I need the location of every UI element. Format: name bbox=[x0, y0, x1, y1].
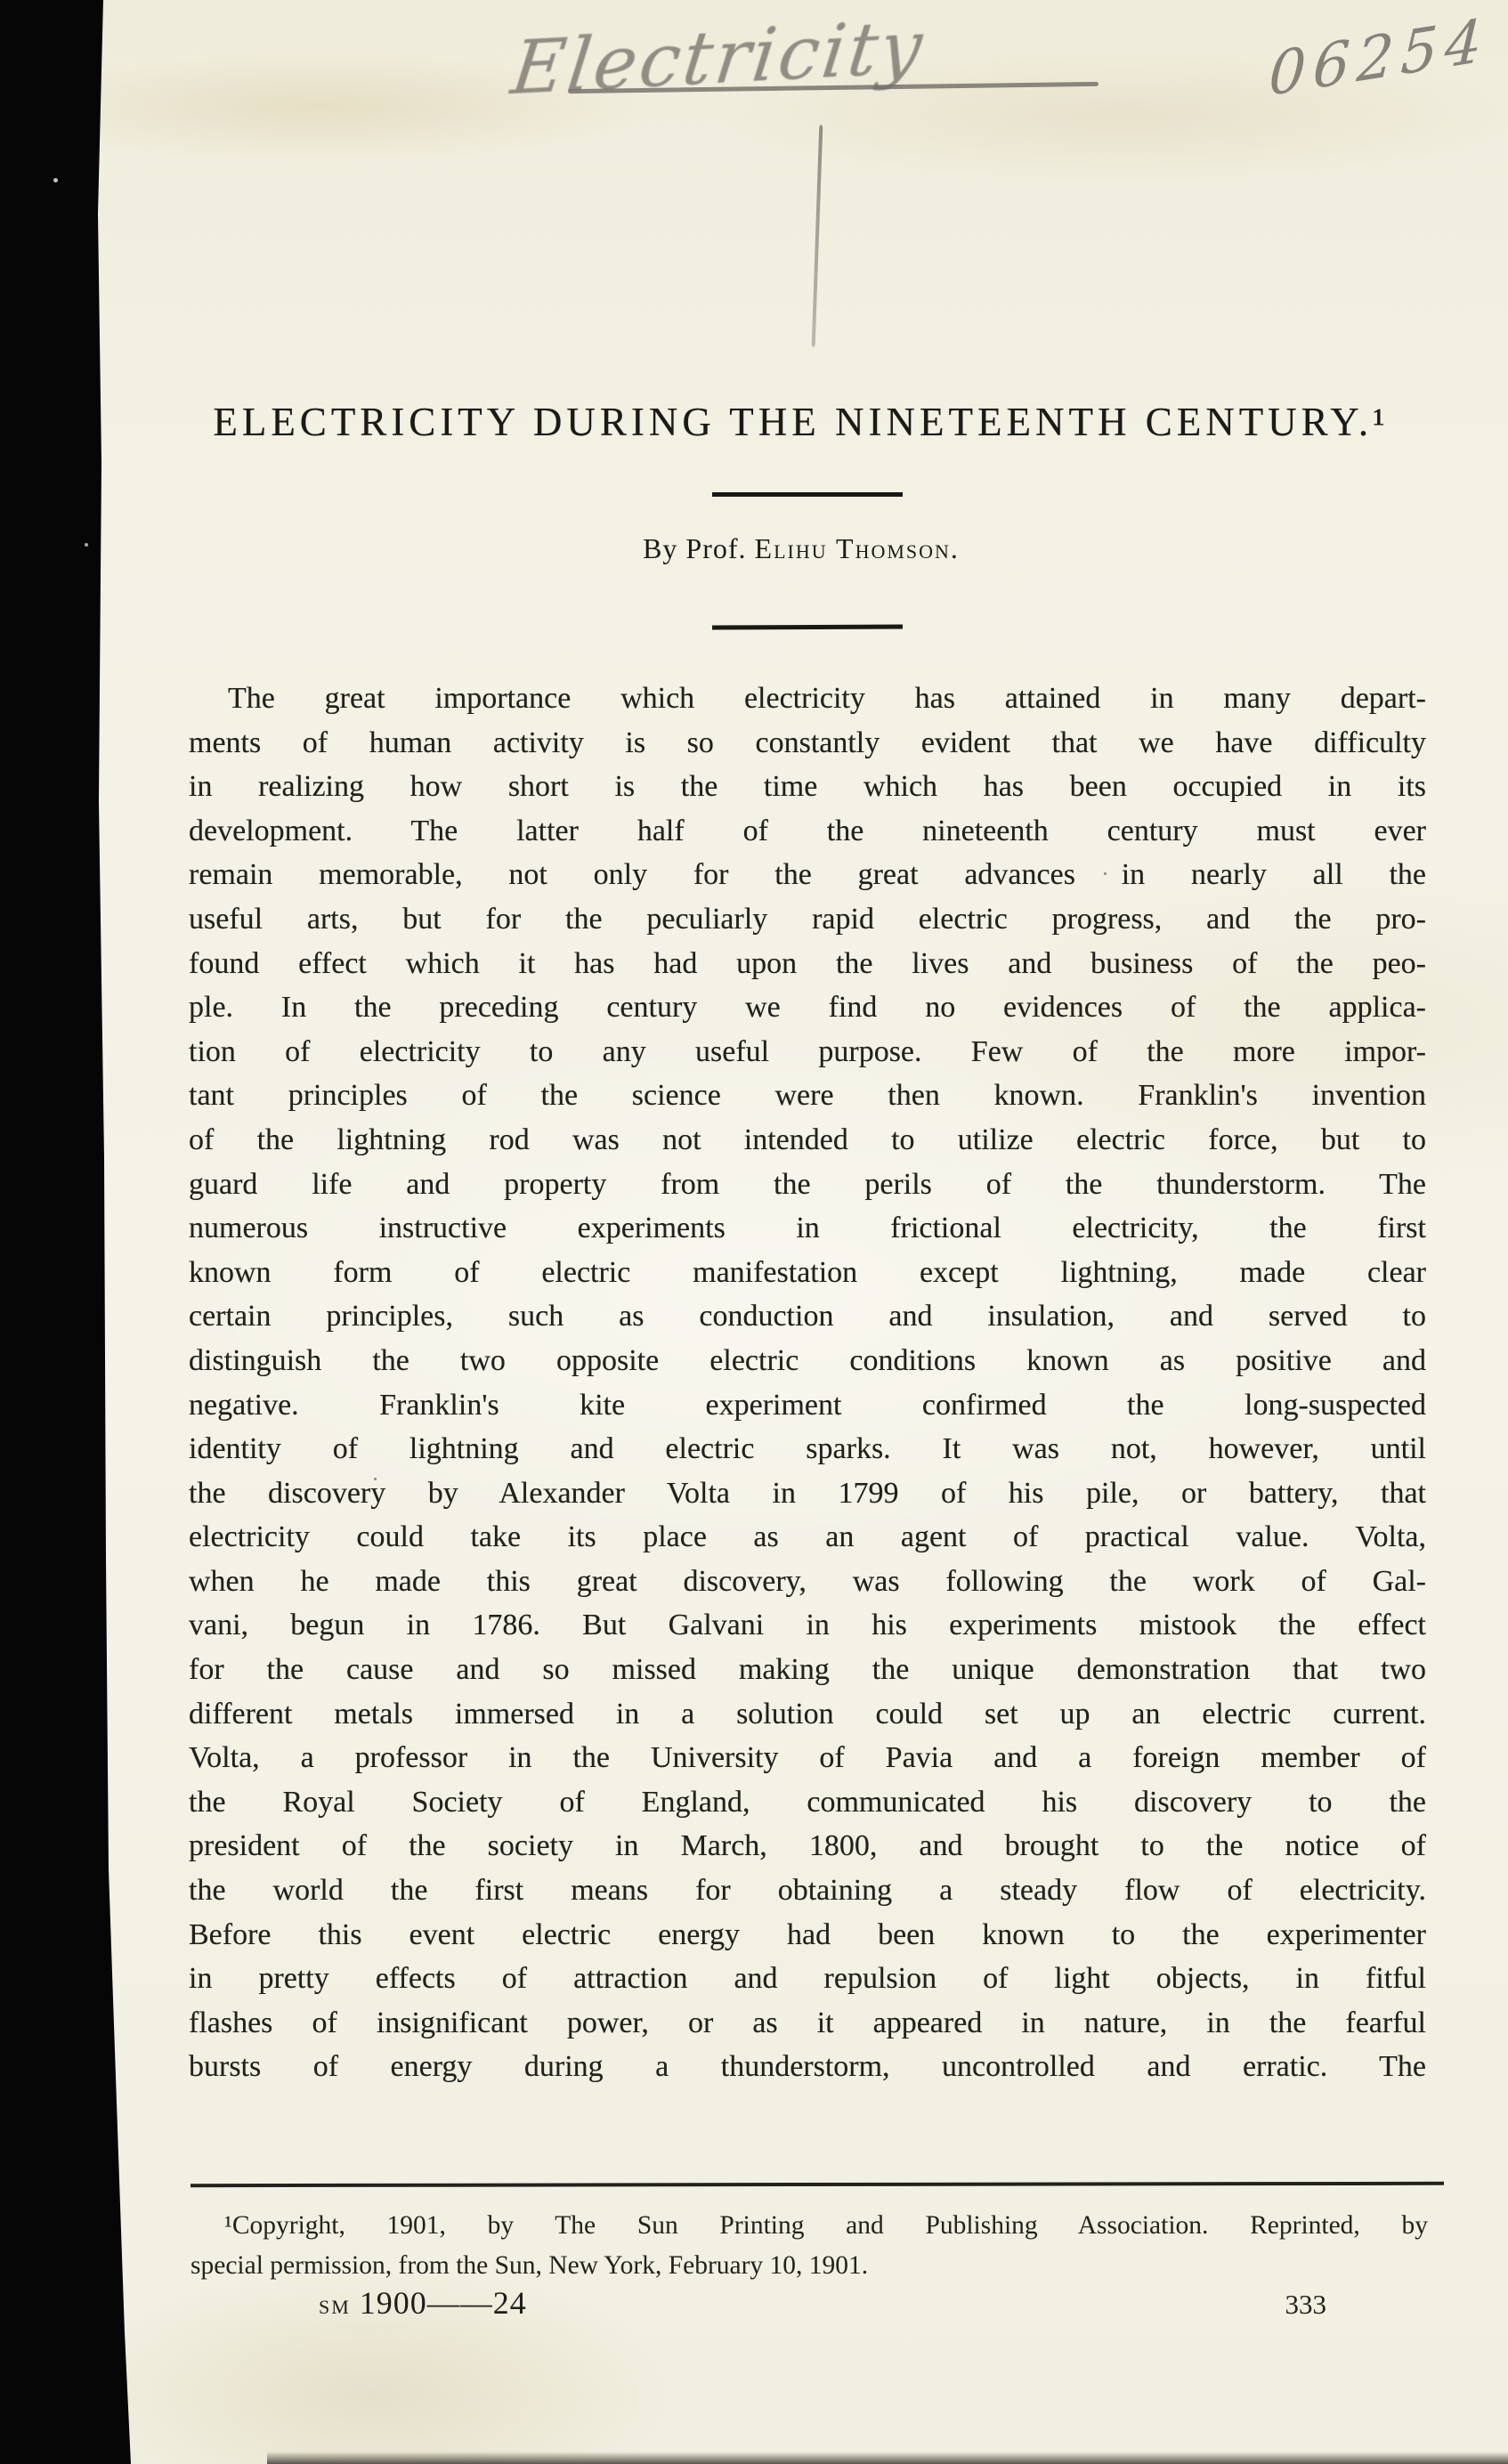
dust-speck bbox=[374, 1478, 377, 1480]
byline-divider-rule bbox=[712, 624, 903, 629]
body-text-line: numerous instructive experiments in fric… bbox=[189, 1206, 1426, 1251]
body-text-line: useful arts, but for the peculiarly rapi… bbox=[189, 897, 1426, 942]
printer-signature: sm 1900——24 bbox=[319, 2284, 527, 2322]
body-text-line: identity of lightning and electric spark… bbox=[189, 1427, 1426, 1471]
page-footer: sm 1900——24 333 bbox=[189, 2284, 1426, 2322]
body-text-line: different metals immersed in a solution … bbox=[189, 1692, 1426, 1737]
body-text-line: bursts of energy during a thunderstorm, … bbox=[189, 2045, 1426, 2089]
body-text-line: president of the society in March, 1800,… bbox=[189, 1824, 1426, 1868]
body-text-line: known form of electric manifestation exc… bbox=[189, 1251, 1426, 1295]
body-text-line: tant principles of the science were then… bbox=[189, 1074, 1426, 1118]
body-text-line: in realizing how short is the time which… bbox=[189, 765, 1426, 809]
body-text-line: ments of human activity is so constantly… bbox=[189, 721, 1426, 766]
body-text-line: found effect which it has had upon the l… bbox=[189, 942, 1426, 986]
footnote-line-1: ¹Copyright, 1901, by The Sun Printing an… bbox=[191, 2206, 1428, 2246]
dust-speck bbox=[1104, 872, 1107, 875]
body-text-line: remain memorable, not only for the great… bbox=[189, 853, 1426, 897]
footnote: ¹Copyright, 1901, by The Sun Printing an… bbox=[191, 2206, 1428, 2286]
body-text-line: the world the first means for obtaining … bbox=[189, 1868, 1426, 1913]
body-text-line: The great importance which electricity h… bbox=[189, 677, 1426, 721]
body-text-line: of the lightning rod was not intended to… bbox=[189, 1118, 1426, 1163]
article-body: The great importance which electricity h… bbox=[189, 677, 1426, 2089]
pencil-descender-stroke bbox=[812, 125, 823, 347]
body-text-line: the Royal Society of England, communicat… bbox=[189, 1780, 1426, 1825]
footnote-divider-rule bbox=[191, 2182, 1444, 2187]
title-divider-rule bbox=[712, 492, 903, 497]
scan-edge-bottom-shadow bbox=[267, 2452, 1508, 2464]
byline: By Prof. Elihu Thomson. bbox=[134, 532, 1469, 565]
body-text-line: development. The latter half of the nine… bbox=[189, 809, 1426, 854]
body-text-line: ple. In the preceding century we find no… bbox=[189, 985, 1426, 1030]
body-text-line: distinguish the two opposite electric co… bbox=[189, 1339, 1426, 1383]
handwritten-archive-number: 06254 bbox=[1267, 5, 1490, 110]
body-text-line: electricity could take its place as an a… bbox=[189, 1515, 1426, 1560]
signature-prefix: sm bbox=[319, 2288, 351, 2320]
scan-edge-left-black bbox=[0, 0, 142, 2464]
body-text-line: Before this event electric energy had be… bbox=[189, 1913, 1426, 1957]
page-number: 333 bbox=[1285, 2289, 1327, 2321]
dust-speck bbox=[53, 178, 58, 182]
dust-speck bbox=[85, 543, 88, 547]
author-name: Elihu Thomson. bbox=[755, 532, 960, 564]
body-text-line: flashes of insignificant power, or as it… bbox=[189, 2001, 1426, 2046]
handwritten-title-pencil: Electricity bbox=[507, 5, 928, 112]
body-text-line: tion of electricity to any useful purpos… bbox=[189, 1030, 1426, 1074]
byline-prefix: By Prof. bbox=[643, 532, 754, 564]
body-text-line: vani, begun in 1786. But Galvani in his … bbox=[189, 1603, 1426, 1648]
signature-number: 1900——24 bbox=[351, 2285, 527, 2321]
body-text-line: in pretty effects of attraction and repu… bbox=[189, 1957, 1426, 2001]
body-text-line: when he made this great discovery, was f… bbox=[189, 1560, 1426, 1604]
body-text-line: negative. Franklin's kite experiment con… bbox=[189, 1383, 1426, 1428]
footnote-line-2: special permission, from the Sun, New Yo… bbox=[191, 2246, 1428, 2286]
body-text-line: Volta, a professor in the University of … bbox=[189, 1736, 1426, 1780]
body-text-line: certain principles, such as conduction a… bbox=[189, 1294, 1426, 1339]
article-title: ELECTRICITY DURING THE NINETEENTH CENTUR… bbox=[134, 399, 1469, 445]
body-text-line: for the cause and so missed making the u… bbox=[189, 1648, 1426, 1692]
scanned-page: Electricity 06254 ELECTRICITY DURING THE… bbox=[0, 0, 1508, 2464]
body-text-line: guard life and property from the perils … bbox=[189, 1163, 1426, 1207]
